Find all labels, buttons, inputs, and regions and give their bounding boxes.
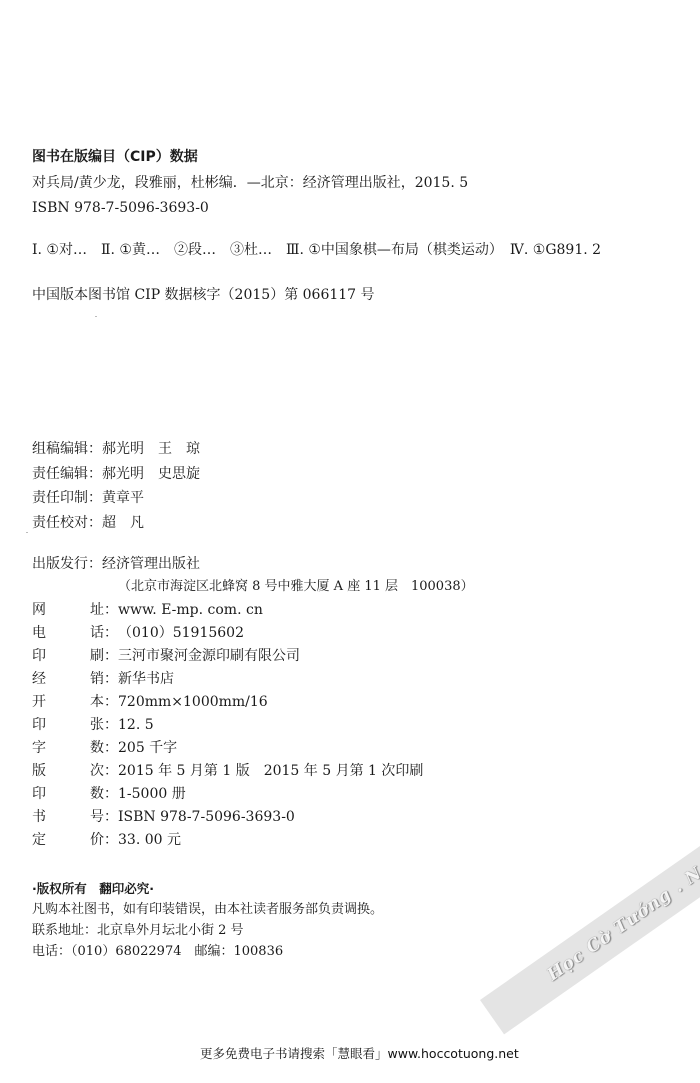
colophon-row-printer: 印刷：三河市聚河金源印刷有限公司: [32, 647, 300, 665]
editor-row: 责任编辑：郝光明 史思旋: [32, 465, 200, 483]
colophon-row-sheets: 印张：12. 5: [32, 716, 154, 734]
editor-value: 黄章平: [102, 489, 144, 507]
colophon-row-price: 定价：33. 00 元: [32, 831, 181, 849]
publisher-row: 出版发行：经济管理出版社: [32, 555, 200, 573]
cip-isbn: ISBN 978-7-5096-3693-0: [32, 199, 209, 217]
scan-speck: [95, 316, 97, 317]
watermark-band: Học Cờ Tướng . Net: [480, 811, 700, 1035]
rights-notice: 凡购本社图书，如有印装错误，由本社读者服务部负责调换。: [32, 901, 383, 919]
cip-title: 图书在版编目（CIP）数据: [32, 148, 198, 166]
editor-label: 责任校对：: [32, 514, 102, 532]
editor-label: 责任编辑：: [32, 465, 102, 483]
colophon-row-website: 网址：www. E-mp. com. cn: [32, 601, 263, 619]
editor-label: 责任印制：: [32, 489, 102, 507]
publisher-value: 经济管理出版社: [102, 555, 200, 573]
cip-classification: Ⅰ. ①对… Ⅱ. ①黄… ②段… ③杜… Ⅲ. ①中国象棋—布局（棋类运动） …: [32, 241, 601, 259]
editor-row: 组稿编辑：郝光明 王 琼: [32, 440, 200, 458]
colophon-row-isbn: 书号：ISBN 978-7-5096-3693-0: [32, 808, 295, 826]
editor-row: 责任校对：超 凡: [32, 514, 144, 532]
editor-value: 郝光明 王 琼: [102, 440, 200, 458]
editor-value: 郝光明 史思旋: [102, 465, 200, 483]
editor-row: 责任印制：黄章平: [32, 489, 144, 507]
colophon-row-distributor: 经销：新华书店: [32, 670, 174, 688]
watermark-text: Học Cờ Tướng . Net: [544, 851, 700, 985]
rights-address: 联系地址：北京阜外月坛北小街 2 号: [32, 922, 244, 940]
editor-value: 超 凡: [102, 514, 144, 532]
colophon-row-format: 开本：720mm×1000mm/16: [32, 693, 268, 711]
colophon-row-printrun: 印数：1-5000 册: [32, 785, 186, 803]
editor-label: 组稿编辑：: [32, 440, 102, 458]
footer-ebook-note: 更多免费电子书请搜索「慧眼看」www.hoccotuong.net: [200, 1044, 519, 1062]
publisher-label: 出版发行：: [32, 555, 102, 573]
colophon-row-phone: 电话：（010）51915602: [32, 624, 244, 642]
colophon-row-edition: 版次：2015 年 5 月第 1 版 2015 年 5 月第 1 次印刷: [32, 762, 423, 780]
scan-speck: [26, 532, 28, 533]
cip-line-1: 对兵局/黄少龙，段雅丽，杜彬编．—北京：经济管理出版社，2015. 5: [32, 174, 468, 192]
cip-record-number: 中国版本图书馆 CIP 数据核字（2015）第 066117 号: [32, 286, 375, 304]
rights-phone: 电话：（010）68022974 邮编：100836: [32, 943, 283, 961]
website-link[interactable]: www. E-mp. com. cn: [118, 601, 263, 619]
rights-heading: ·版权所有 翻印必究·: [32, 880, 154, 898]
publisher-address: （北京市海淀区北蜂窝 8 号中雅大厦 A 座 11 层 100038）: [118, 578, 474, 596]
colophon-row-wordcount: 字数：205 千字: [32, 739, 177, 757]
